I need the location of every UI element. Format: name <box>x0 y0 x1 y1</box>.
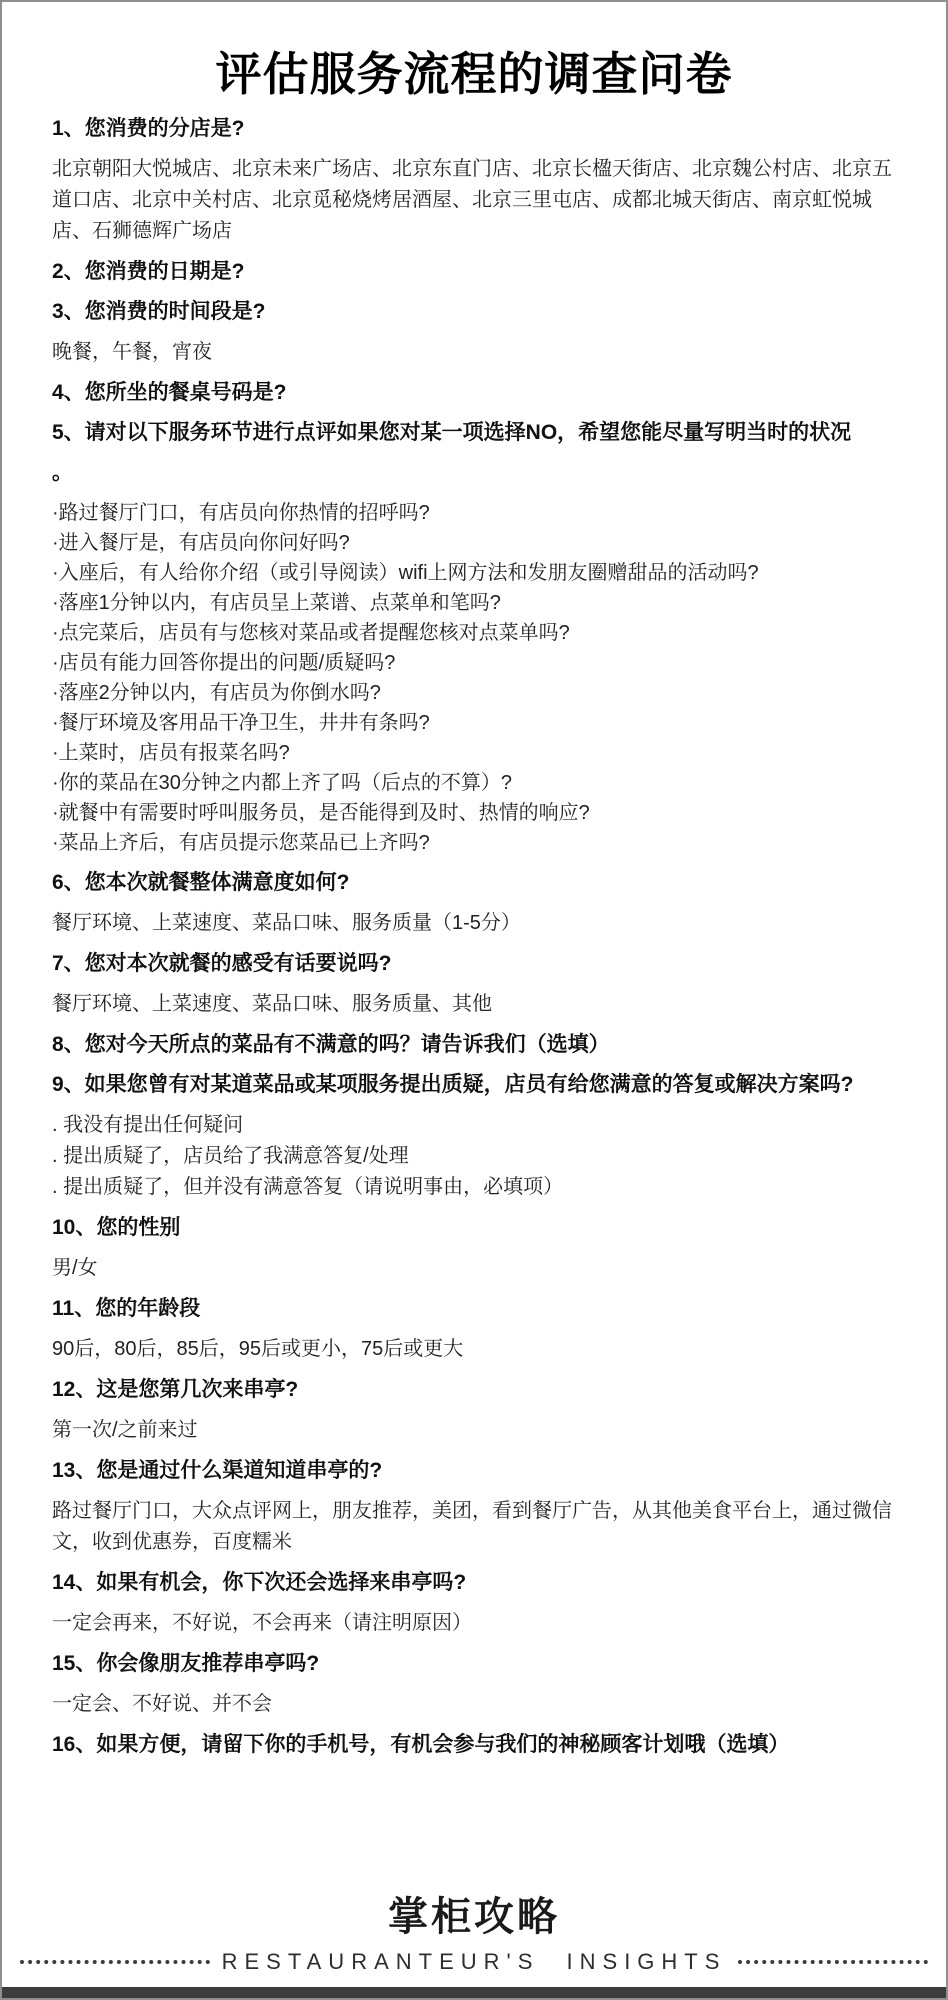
question-block: 8、您对今天所点的菜品有不满意的吗？请告诉我们（选填） <box>52 1030 896 1060</box>
brand-logo: 掌柜攻略 <box>2 1895 946 1939</box>
bullet-item: ·入座后，有人给你介绍（或引导阅读）wifi上网方法和发朋友圈赠甜品的活动吗? <box>52 558 896 588</box>
question-title: 16、如果方便，请留下你的手机号，有机会参与我们的神秘顾客计划哦（选填） <box>52 1730 896 1760</box>
question-title: 9、如果您曾有对某道菜品或某项服务提出质疑，店员有给您满意的答复或解决方案吗? <box>52 1070 896 1100</box>
questions: 1、您消费的分店是?北京朝阳大悦城店、北京未来广场店、北京东直门店、北京长楹天街… <box>52 114 896 1760</box>
question-block: 16、如果方便，请留下你的手机号，有机会参与我们的神秘顾客计划哦（选填） <box>52 1730 896 1760</box>
question-title: 2、您消费的日期是? <box>52 257 896 287</box>
question-block: 4、您所坐的餐桌号码是? <box>52 378 896 408</box>
question-title: 1、您消费的分店是? <box>52 114 896 144</box>
question-block: 9、如果您曾有对某道菜品或某项服务提出质疑，店员有给您满意的答复或解决方案吗?.… <box>52 1070 896 1203</box>
questionnaire-page: 评估服务流程的调查问卷 1、您消费的分店是?北京朝阳大悦城店、北京未来广场店、北… <box>0 0 948 2000</box>
answer-text: 第一次/之前来过 <box>52 1415 896 1446</box>
option-list: . 我没有提出任何疑问. 提出质疑了，店员给了我满意答复/处理. 提出质疑了，但… <box>52 1110 896 1203</box>
bullet-item: ·上菜时，店员有报菜名吗? <box>52 738 896 768</box>
bullet-item: ·点完菜后，店员有与您核对菜品或者提醒您核对点菜单吗? <box>52 618 896 648</box>
question-title: 10、您的性别 <box>52 1213 896 1243</box>
answer-text: 晚餐，午餐，宵夜 <box>52 337 896 368</box>
bullet-item: ·店员有能力回答你提出的问题/质疑吗? <box>52 648 896 678</box>
tagline-row: RESTAURANTEUR'S INSIGHTS <box>20 1949 928 1975</box>
question-block: 13、您是通过什么渠道知道串亭的?路过餐厅门口，大众点评网上，朋友推荐，美团，看… <box>52 1456 896 1558</box>
answer-text: 一定会、不好说、并不会 <box>52 1689 896 1720</box>
answer-text: 90后，80后，85后，95后或更小，75后或更大 <box>52 1334 896 1365</box>
questionnaire-content: 评估服务流程的调查问卷 1、您消费的分店是?北京朝阳大悦城店、北京未来广场店、北… <box>2 2 946 1760</box>
page-title: 评估服务流程的调查问卷 <box>52 46 896 104</box>
question-block: 5、请对以下服务环节进行点评如果您对某一项选择NO，希望您能尽量写明当时的状况。… <box>52 418 896 858</box>
bullet-item: ·餐厅环境及客用品干净卫生，井井有条吗? <box>52 708 896 738</box>
question-title: 13、您是通过什么渠道知道串亭的? <box>52 1456 896 1486</box>
answer-text: 餐厅环境、上菜速度、菜品口味、服务质量、其他 <box>52 989 896 1020</box>
dotted-line-left <box>20 1960 210 1964</box>
option-line: . 提出质疑了，店员给了我满意答复/处理 <box>52 1141 896 1172</box>
brand-tagline: RESTAURANTEUR'S INSIGHTS <box>222 1949 727 1975</box>
question-title: 6、您本次就餐整体满意度如何? <box>52 868 896 898</box>
question-block: 11、您的年龄段90后，80后，85后，95后或更小，75后或更大 <box>52 1294 896 1365</box>
footer: 掌柜攻略 RESTAURANTEUR'S INSIGHTS <box>2 1895 946 1998</box>
question-block: 1、您消费的分店是?北京朝阳大悦城店、北京未来广场店、北京东直门店、北京长楹天街… <box>52 114 896 247</box>
question-block: 2、您消费的日期是? <box>52 257 896 287</box>
answer-text: 餐厅环境、上菜速度、菜品口味、服务质量（1-5分） <box>52 908 896 939</box>
bullet-item: ·进入餐厅是，有店员向你问好吗? <box>52 528 896 558</box>
answer-text: 北京朝阳大悦城店、北京未来广场店、北京东直门店、北京长楹天街店、北京魏公村店、北… <box>52 154 896 247</box>
question-title: 4、您所坐的餐桌号码是? <box>52 378 896 408</box>
question-title: 3、您消费的时间段是? <box>52 297 896 327</box>
question-title: 12、这是您第几次来串亭? <box>52 1375 896 1405</box>
bullet-item: ·就餐中有需要时呼叫服务员，是否能得到及时、热情的响应? <box>52 798 896 828</box>
question-title: 8、您对今天所点的菜品有不满意的吗？请告诉我们（选填） <box>52 1030 896 1060</box>
answer-text: 路过餐厅门口，大众点评网上，朋友推荐，美团，看到餐厅广告，从其他美食平台上，通过… <box>52 1496 896 1558</box>
bullet-list: ·路过餐厅门口，有店员向你热情的招呼吗?·进入餐厅是，有店员向你问好吗?·入座后… <box>52 498 896 858</box>
bullet-item: ·菜品上齐后，有店员提示您菜品已上齐吗? <box>52 828 896 858</box>
question-title: 14、如果有机会，你下次还会选择来串亭吗? <box>52 1568 896 1598</box>
dotted-line-right <box>738 1960 928 1964</box>
bullet-item: ·落座1分钟以内，有店员呈上菜谱、点菜单和笔吗? <box>52 588 896 618</box>
question-block: 3、您消费的时间段是?晚餐，午餐，宵夜 <box>52 297 896 368</box>
option-line: . 我没有提出任何疑问 <box>52 1110 896 1141</box>
bottom-bar <box>2 1987 946 1998</box>
question-title: 5、请对以下服务环节进行点评如果您对某一项选择NO，希望您能尽量写明当时的状况 <box>52 418 896 448</box>
question-title: 7、您对本次就餐的感受有话要说吗? <box>52 949 896 979</box>
question-title: 15、你会像朋友推荐串亭吗? <box>52 1649 896 1679</box>
bullet-item: ·你的菜品在30分钟之内都上齐了吗（后点的不算）? <box>52 768 896 798</box>
bullet-item: ·路过餐厅门口，有店员向你热情的招呼吗? <box>52 498 896 528</box>
question-title-continuation: 。 <box>52 458 896 488</box>
bullet-item: ·落座2分钟以内，有店员为你倒水吗? <box>52 678 896 708</box>
answer-text: 一定会再来，不好说，不会再来（请注明原因） <box>52 1608 896 1639</box>
question-block: 6、您本次就餐整体满意度如何?餐厅环境、上菜速度、菜品口味、服务质量（1-5分） <box>52 868 896 939</box>
answer-text: 男/女 <box>52 1253 896 1284</box>
question-block: 10、您的性别男/女 <box>52 1213 896 1284</box>
question-title: 11、您的年龄段 <box>52 1294 896 1324</box>
question-block: 14、如果有机会，你下次还会选择来串亭吗?一定会再来，不好说，不会再来（请注明原… <box>52 1568 896 1639</box>
question-block: 15、你会像朋友推荐串亭吗?一定会、不好说、并不会 <box>52 1649 896 1720</box>
option-line: . 提出质疑了，但并没有满意答复（请说明事由，必填项） <box>52 1172 896 1203</box>
question-block: 7、您对本次就餐的感受有话要说吗?餐厅环境、上菜速度、菜品口味、服务质量、其他 <box>52 949 896 1020</box>
question-block: 12、这是您第几次来串亭?第一次/之前来过 <box>52 1375 896 1446</box>
